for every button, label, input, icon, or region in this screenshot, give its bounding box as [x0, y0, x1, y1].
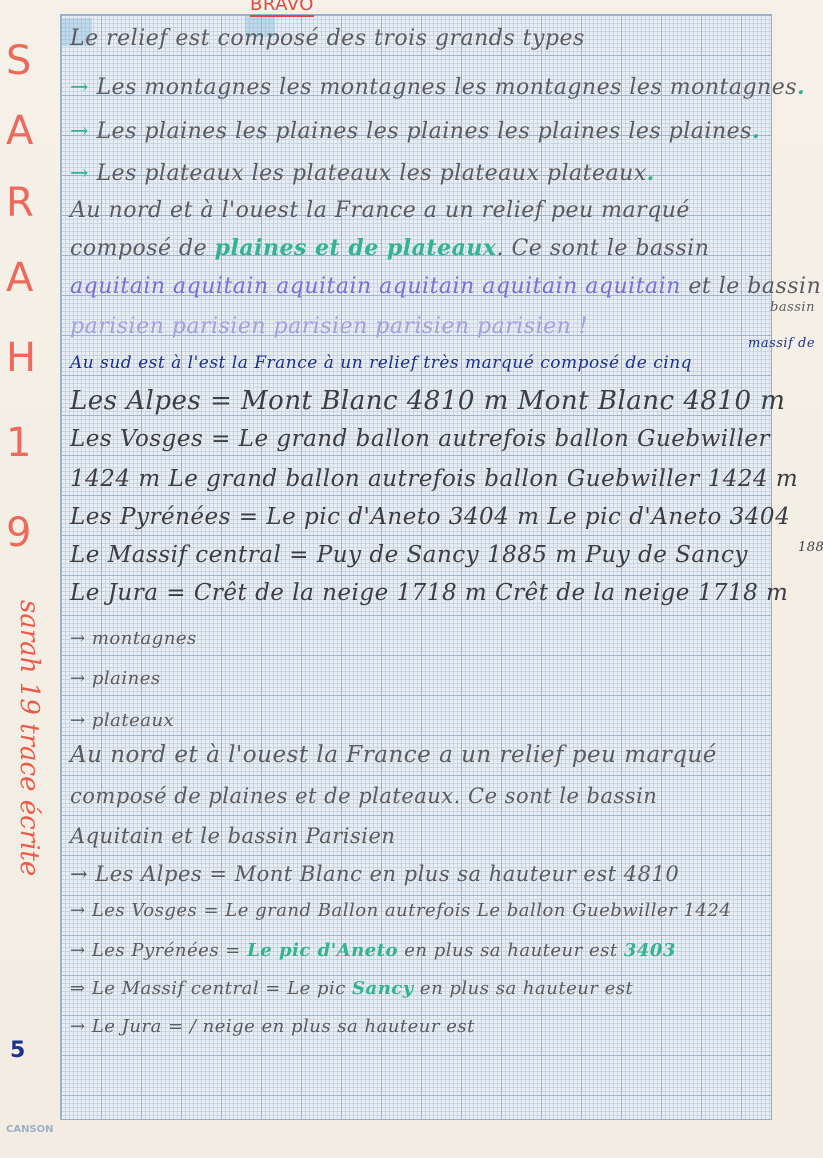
text-line: → plaines	[70, 668, 161, 689]
text-line: → montagnes	[70, 628, 197, 649]
text-line: ⇒ Le Massif central = Le pic Sancy en pl…	[70, 978, 633, 999]
margin-vertical-note: sarah 19 trace écrite	[14, 600, 44, 876]
arrow-icon: →	[70, 668, 86, 689]
text-line: Les Alpes = Mont Blanc 4810 m Mont Blanc…	[70, 386, 785, 416]
margin-letter: A	[6, 108, 33, 154]
arrow-icon: →	[70, 1016, 86, 1037]
text-line: → Le Jura = / neige en plus sa hauteur e…	[70, 1016, 475, 1037]
arrow-icon: →	[70, 710, 86, 731]
text-line: Au sud est à l'est la France à un relief…	[70, 353, 692, 373]
arrow-icon: →	[70, 119, 89, 144]
text-line: → plateaux	[70, 710, 174, 731]
arrow-icon: →	[70, 940, 86, 961]
text-line: aquitain aquitain aquitain aquitain aqui…	[70, 274, 821, 299]
text-line: Le Massif central = Puy de Sancy 1885 m …	[70, 542, 748, 568]
arrow-icon: →	[70, 862, 88, 886]
margin-letter: A	[6, 255, 33, 301]
margin-letter: 1	[6, 420, 31, 466]
margin-letter: H	[6, 335, 36, 381]
text-line: → Les montagnes les montagnes les montag…	[70, 74, 805, 100]
text-line: → Les Vosges = Le grand Ballon autrefois…	[70, 900, 731, 921]
text-line: composé de plaines et de plateaux. Ce so…	[70, 235, 709, 261]
margin-note: bassin	[770, 300, 815, 315]
arrow-icon: ⇒	[70, 978, 86, 999]
text-line: → Les plateaux les plateaux les plateaux…	[70, 160, 655, 186]
text-line: Le relief est composé des trois grands t…	[70, 26, 585, 51]
text-line: Au nord et à l'ouest la France a un reli…	[70, 742, 717, 768]
text-line: Aquitain et le bassin Parisien	[70, 824, 395, 848]
arrow-icon: →	[70, 75, 89, 100]
grade-mark: BRAVO	[250, 0, 314, 17]
text-line: Au nord et à l'ouest la France a un reli…	[70, 198, 690, 223]
text-line: composé de plaines et de plateaux. Ce so…	[70, 784, 657, 808]
margin-letter: R	[6, 180, 34, 226]
text-line: → Les Pyrénées = Le pic d'Aneto en plus …	[70, 940, 676, 961]
text-line: → Les plaines les plaines les plaines le…	[70, 118, 760, 144]
text-line: Les Pyrénées = Le pic d'Aneto 3404 m Le …	[70, 504, 790, 530]
text-line: Les Vosges = Le grand ballon autrefois b…	[70, 426, 770, 452]
margin-letter: S	[6, 38, 31, 84]
arrow-icon: →	[70, 161, 89, 186]
text-line: → Les Alpes = Mont Blanc en plus sa haut…	[70, 862, 679, 886]
margin-note: massif de	[748, 336, 815, 351]
margin-note: 1885	[798, 540, 823, 555]
arrow-icon: →	[70, 628, 86, 649]
arrow-icon: →	[70, 900, 86, 921]
text-line: 1424 m Le grand ballon autrefois ballon …	[70, 466, 798, 492]
text-line: parisien parisien parisien parisien pari…	[70, 314, 588, 339]
page-number: 5	[10, 1038, 25, 1063]
canson-logo: CANSON	[6, 1124, 54, 1135]
margin-letter: 9	[6, 510, 31, 556]
text-line: Le Jura = Crêt de la neige 1718 m Crêt d…	[70, 580, 788, 606]
